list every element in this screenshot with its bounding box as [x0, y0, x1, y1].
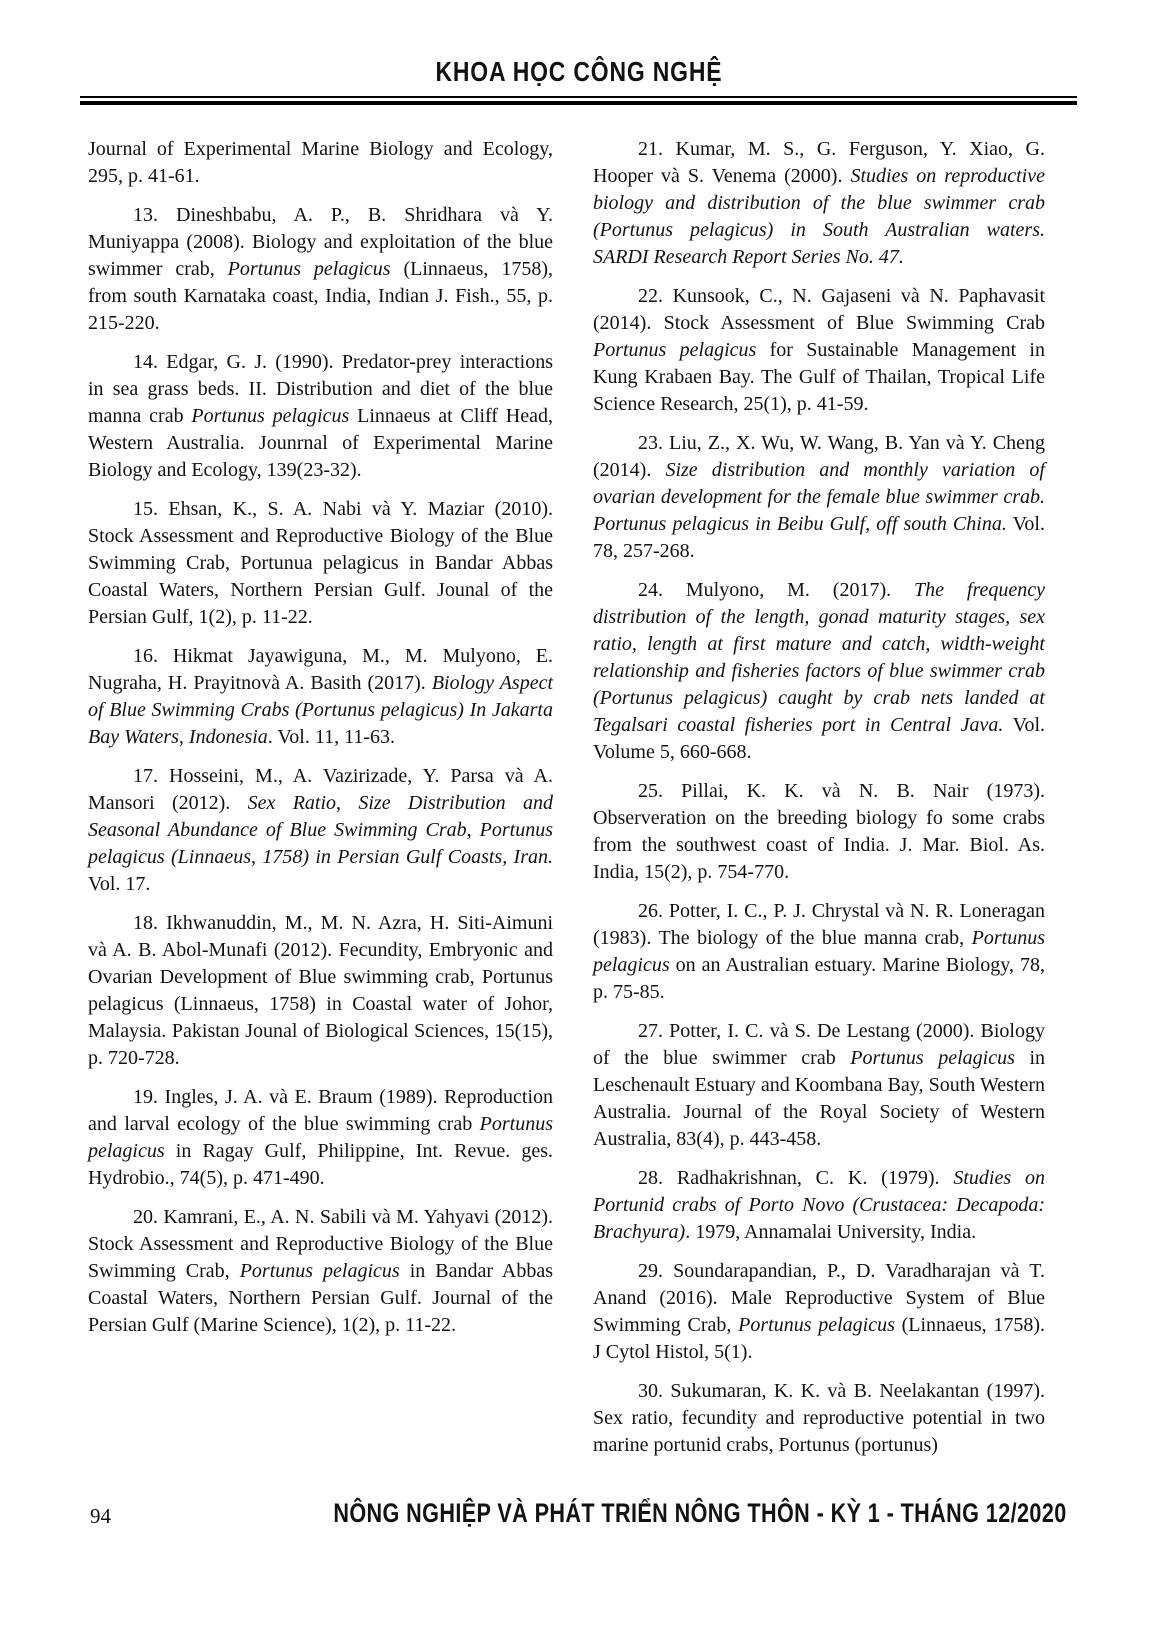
reference-title-italic: Portunus pelagicus — [593, 339, 756, 361]
references-column-left: Journal of Experimental Marine Biology a… — [88, 136, 553, 1471]
reference-title-italic: Portunus pelagicus — [191, 405, 349, 427]
reference-title-italic: Portunus pelagicus — [240, 1260, 400, 1282]
reference-text: 24. Mulyono, M. (2017). — [638, 579, 914, 601]
reference-title-italic: Portunus pelagicus — [850, 1047, 1015, 1069]
reference-text: Vol. 17. — [88, 873, 150, 895]
reference-item: 27. Potter, I. C. và S. De Lestang (2000… — [593, 1018, 1045, 1153]
reference-item: 19. Ingles, J. A. và E. Braum (1989). Re… — [88, 1084, 553, 1192]
reference-item: 13. Dineshbabu, A. P., B. Shridhara và Y… — [88, 202, 553, 337]
reference-text: 30. Sukumaran, K. K. và B. Neelakantan (… — [593, 1380, 1045, 1456]
reference-item: 28. Radhakrishnan, C. K. (1979). Studies… — [593, 1165, 1045, 1246]
reference-item: 21. Kumar, M. S., G. Ferguson, Y. Xiao, … — [593, 136, 1045, 271]
reference-text: 28. Radhakrishnan, C. K. (1979). — [638, 1167, 953, 1189]
reference-text: . 1979, Annamalai University, India. — [685, 1221, 976, 1243]
journal-page: KHOA HỌC CÔNG NGHỆ Journal of Experiment… — [0, 0, 1157, 1637]
reference-item: 30. Sukumaran, K. K. và B. Neelakantan (… — [593, 1378, 1045, 1459]
reference-item: 20. Kamrani, E., A. N. Sabili và M. Yahy… — [88, 1204, 553, 1339]
page-footer: 94 NÔNG NGHIỆP VÀ PHÁT TRIỂN NÔNG THÔN -… — [88, 1498, 1069, 1542]
reference-item: 25. Pillai, K. K. và N. B. Nair (1973). … — [593, 778, 1045, 886]
reference-title-italic: The frequency distribution of the length… — [593, 579, 1045, 736]
reference-item: Journal of Experimental Marine Biology a… — [88, 136, 553, 190]
page-header: KHOA HỌC CÔNG NGHỆ — [0, 56, 1157, 88]
reference-item: 24. Mulyono, M. (2017). The frequency di… — [593, 577, 1045, 766]
reference-item: 17. Hosseini, M., A. Vazirizade, Y. Pars… — [88, 763, 553, 898]
reference-item: 23. Liu, Z., X. Wu, W. Wang, B. Yan và Y… — [593, 430, 1045, 565]
header-section-title: KHOA HỌC CÔNG NGHỆ — [435, 56, 722, 88]
reference-text: 22. Kunsook, C., N. Gajaseni và N. Papha… — [593, 285, 1045, 334]
reference-item: 26. Potter, I. C., P. J. Chrystal và N. … — [593, 898, 1045, 1006]
reference-text: 18. Ikhwanuddin, M., M. N. Azra, H. Siti… — [88, 912, 553, 1069]
reference-item: 16. Hikmat Jayawiguna, M., M. Mulyono, E… — [88, 643, 553, 751]
header-rule — [80, 96, 1077, 105]
reference-item: 29. Soundarapandian, P., D. Varadharajan… — [593, 1258, 1045, 1366]
footer-journal-title: NÔNG NGHIỆP VÀ PHÁT TRIỂN NÔNG THÔN - KỲ… — [333, 1498, 1066, 1529]
reference-title-italic: Portunus pelagicus — [738, 1314, 895, 1336]
reference-item: 22. Kunsook, C., N. Gajaseni và N. Papha… — [593, 283, 1045, 418]
reference-item: 18. Ikhwanuddin, M., M. N. Azra, H. Siti… — [88, 910, 553, 1072]
reference-text: . Vol. 11, 11-63. — [268, 726, 395, 748]
reference-text: Journal of Experimental Marine Biology a… — [88, 138, 553, 187]
reference-title-italic: Portunus pelagicus — [228, 258, 391, 280]
header-rule-thick-line — [80, 101, 1077, 105]
reference-text: 25. Pillai, K. K. và N. B. Nair (1973). … — [593, 780, 1045, 883]
page-number: 94 — [90, 1504, 111, 1529]
reference-item: 15. Ehsan, K., S. A. Nabi và Y. Maziar (… — [88, 496, 553, 631]
reference-item: 14. Edgar, G. J. (1990). Predator-prey i… — [88, 349, 553, 484]
reference-text: 15. Ehsan, K., S. A. Nabi và Y. Maziar (… — [88, 498, 553, 628]
references-column-right: 21. Kumar, M. S., G. Ferguson, Y. Xiao, … — [593, 136, 1045, 1471]
references-body: Journal of Experimental Marine Biology a… — [88, 136, 1045, 1471]
